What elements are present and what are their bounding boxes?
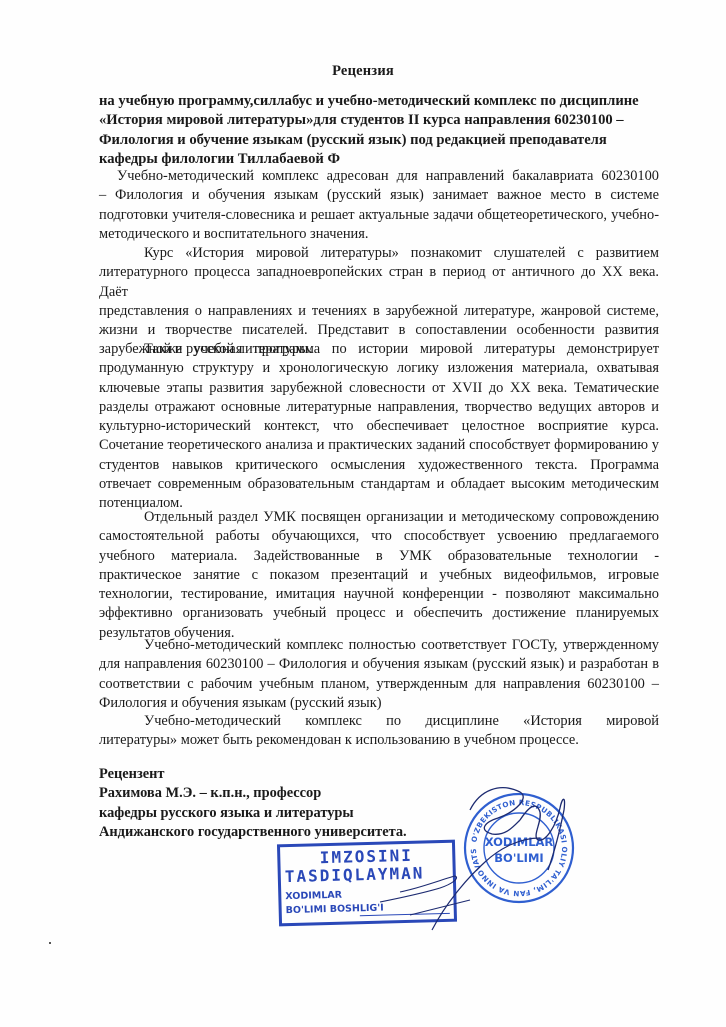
official-seal-round: O'ZBEKISTON RESPUBLIKASI OLIY TA'LIM, FA… — [463, 792, 575, 904]
paragraph-line: жизни и творчестве писателей. Представит… — [99, 321, 659, 340]
subtitle-line: Филология и обучение языкам (русский язы… — [99, 131, 699, 150]
document-page: Рецензия на учебную программу,силлабус и… — [0, 0, 726, 1027]
paragraph-line: студентов навыков критического осмыслени… — [99, 456, 659, 475]
paragraph-line: Учебно-методический комплекс адресован д… — [99, 167, 659, 186]
document-title: Рецензия — [0, 63, 726, 80]
document-subtitle: на учебную программу,силлабус и учебно-м… — [99, 92, 699, 169]
reviewer-department: кафедры русского языка и литературы — [99, 804, 407, 823]
stamp-text: XODIMLAR — [285, 890, 342, 902]
paragraph-line: отвечает современным образовательным ста… — [99, 475, 659, 494]
paragraph-umk: Отдельный раздел УМК посвящен организаци… — [99, 508, 659, 643]
paragraph-line: Также учебная программа по истории миров… — [99, 340, 659, 359]
paragraph-gost: Учебно-методический комплекс полностью с… — [99, 636, 659, 713]
reviewer-signature-block: Рецензент Рахимова М.Э. – к.п.н., профес… — [99, 765, 407, 842]
paragraph-intro: Учебно-методический комплекс адресован д… — [99, 167, 659, 244]
paragraph-line: литературного процесса западноевропейски… — [99, 263, 659, 302]
paragraph-line: технологии, тестирование, имитация научн… — [99, 585, 659, 604]
seal-text: BO'LIMI — [463, 851, 575, 865]
seal-text: XODIMLAR — [463, 835, 575, 849]
subtitle-line: на учебную программу,силлабус и учебно-м… — [99, 92, 699, 111]
paragraph-line: Сочетание теоретического анализа и практ… — [99, 436, 659, 455]
paragraph-line: соответствии с рабочим учебным планом, у… — [99, 675, 659, 694]
paragraph-line: ключевые этапы развития зарубежной слове… — [99, 379, 659, 398]
paragraph-line: эффективно организовать учебный процесс … — [99, 604, 659, 623]
paragraph-line: – Филология и обучения языкам (русский я… — [99, 186, 659, 205]
paragraph-line: литературы» может быть рекомендован к ис… — [99, 731, 659, 750]
paragraph-line: практическое занятие с показом презентац… — [99, 566, 659, 585]
reviewer-name: Рахимова М.Э. – к.п.н., профессор — [99, 784, 407, 803]
stamp-text: TASDIQLAYMAN — [285, 863, 457, 886]
paragraph-line: Филология и обучения языкам (русский язы… — [99, 694, 659, 713]
reviewer-university: Андижанского государственного университе… — [99, 823, 407, 842]
paragraph-line: Отдельный раздел УМК посвящен организаци… — [99, 508, 659, 527]
paragraph-line: методического и воспитательного значения… — [99, 225, 659, 244]
subtitle-line: «История мировой литературы»для студенто… — [99, 111, 699, 130]
reviewer-label: Рецензент — [99, 765, 407, 784]
paragraph-line: Учебно-методический комплекс по дисципли… — [99, 712, 659, 731]
paragraph-recommendation: Учебно-методический комплекс по дисципли… — [99, 712, 659, 751]
paragraph-line: разделы отражают основные литературные н… — [99, 398, 659, 417]
paragraph-line: для направления 60230100 – Филология и о… — [99, 655, 659, 674]
paragraph-line: представления о направлениях и течениях … — [99, 302, 659, 321]
paragraph-line: самостоятельной работы обучающихся, что … — [99, 527, 659, 546]
paragraph-program: Также учебная программа по истории миров… — [99, 340, 659, 514]
approval-stamp-rectangular: IMZOSINI TASDIQLAYMAN XODIMLAR BO'LIMI B… — [277, 840, 457, 927]
paragraph-line: продуманную структуру и хронологическую … — [99, 359, 659, 378]
scan-speck — [49, 942, 51, 944]
paragraph-line: подготовки учителя-словесника и решает а… — [99, 206, 659, 225]
paragraph-line: учебного материала. Задействованные в УМ… — [99, 547, 659, 566]
paragraph-line: Учебно-методический комплекс полностью с… — [99, 636, 659, 655]
paragraph-line: культурно-исторический контекст, что обе… — [99, 417, 659, 436]
paragraph-line: Курс «История мировой литературы» познак… — [99, 244, 659, 263]
